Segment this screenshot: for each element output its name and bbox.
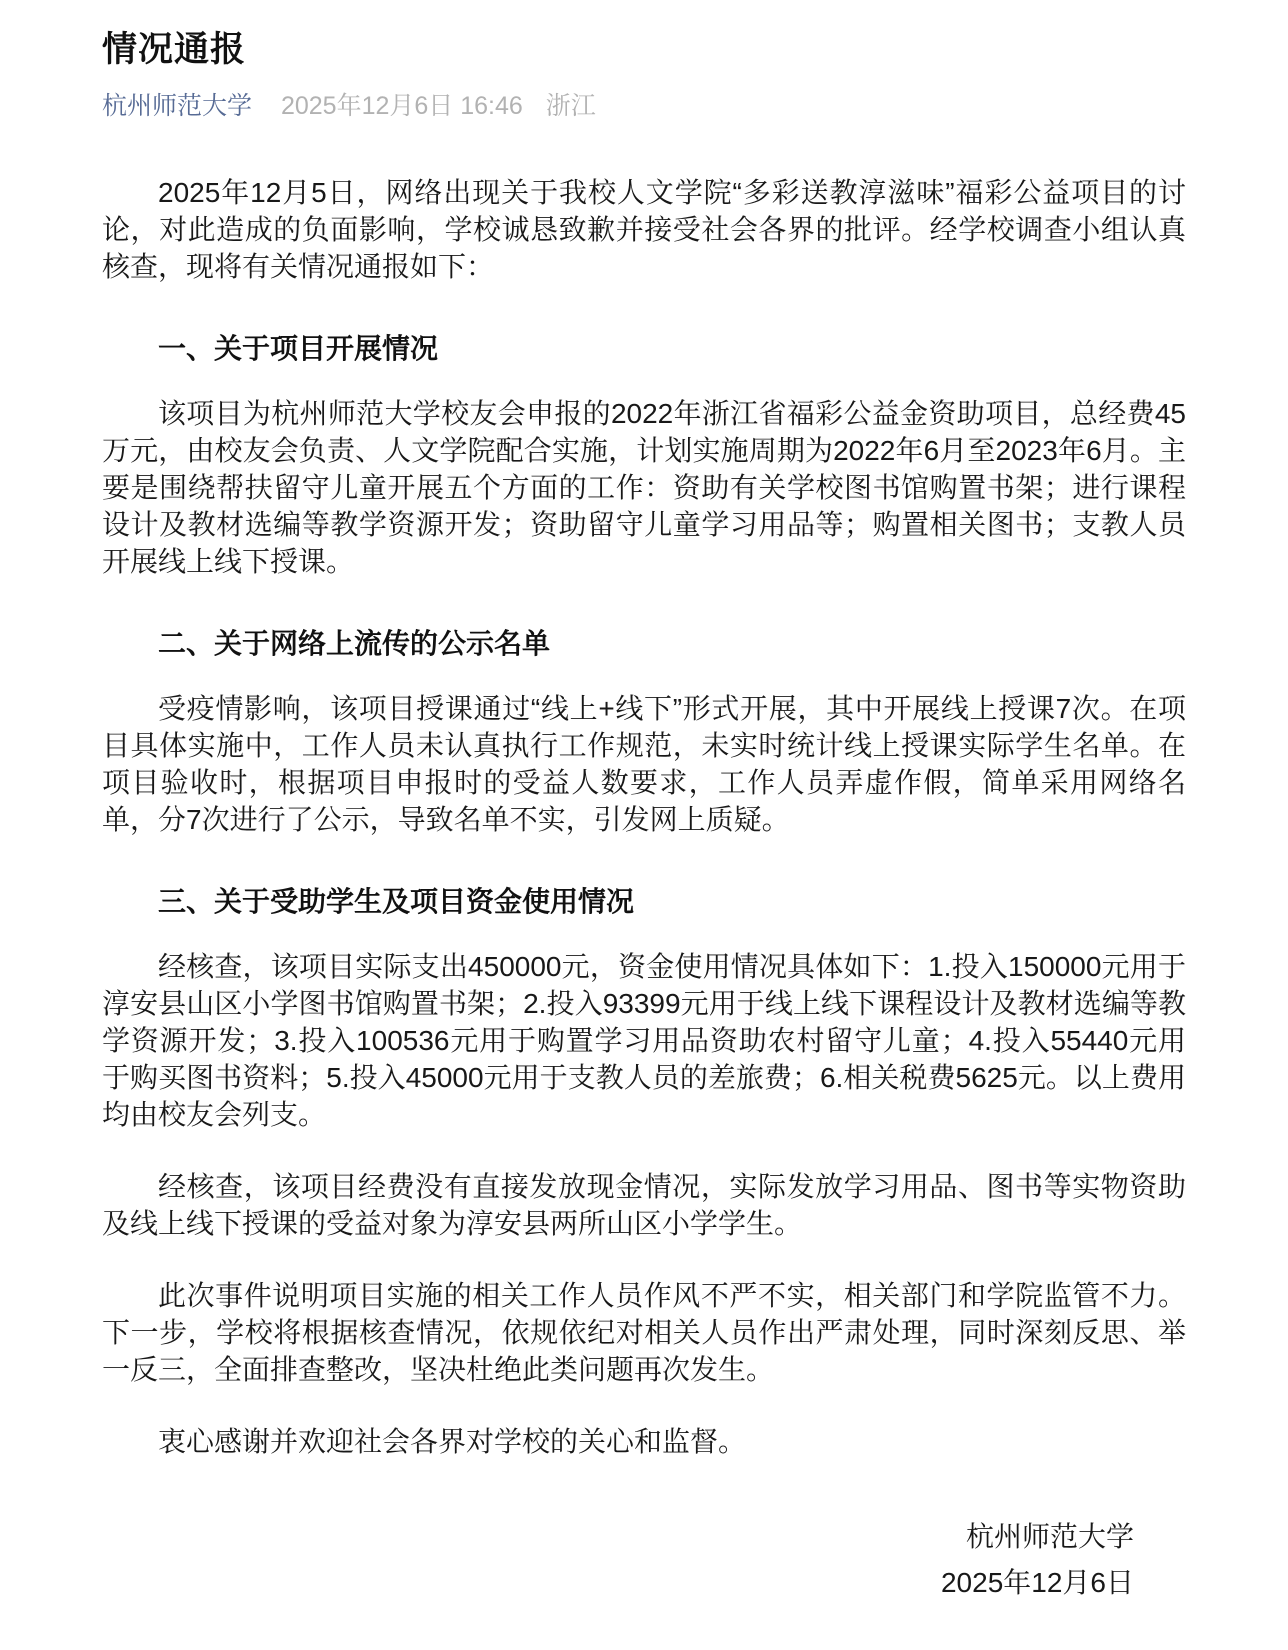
publish-location: 浙江 [546, 92, 596, 120]
publish-datetime: 2025年12月6日 16:46 [281, 92, 523, 120]
section-3-paragraph-funds: 经核查，该项目实际支出450000元，资金使用情况具体如下：1.投入150000… [102, 948, 1186, 1133]
signature-date: 2025年12月6日 [102, 1564, 1134, 1601]
closing-paragraph-accountability: 此次事件说明项目实施的相关工作人员作风不严不实，相关部门和学院监管不力。下一步，… [102, 1277, 1186, 1388]
section-1-heading: 一、关于项目开展情况 [102, 330, 1186, 367]
section-3-paragraph-beneficiaries: 经核查，该项目经费没有直接发放现金情况，实际发放学习用品、图书等实物资助及线上线… [102, 1168, 1186, 1242]
account-name-link[interactable]: 杭州师范大学 [102, 92, 252, 120]
section-1-paragraph: 该项目为杭州师范大学校友会申报的2022年浙江省福彩公益金资助项目，总经费45万… [102, 395, 1186, 580]
intro-paragraph: 2025年12月5日，网络出现关于我校人文学院“多彩送教淳滋味”福彩公益项目的讨… [102, 174, 1186, 285]
article-page: 情况通报 杭州师范大学 2025年12月6日 16:46 浙江 2025年12月… [0, 0, 1288, 1650]
section-2-heading: 二、关于网络上流传的公示名单 [102, 625, 1186, 662]
section-2-paragraph: 受疫情影响，该项目授课通过“线上+线下”形式开展，其中开展线上授课7次。在项目具… [102, 690, 1186, 838]
article-title: 情况通报 [102, 26, 1186, 73]
signature-name: 杭州师范大学 [102, 1518, 1134, 1555]
signature-block: 杭州师范大学 2025年12月6日 [102, 1518, 1186, 1601]
closing-paragraph-thanks: 衷心感谢并欢迎社会各界对学校的关心和监督。 [102, 1423, 1186, 1460]
section-3-heading: 三、关于受助学生及项目资金使用情况 [102, 883, 1186, 920]
article-meta: 杭州师范大学 2025年12月6日 16:46 浙江 [102, 89, 1186, 124]
article-body: 2025年12月5日，网络出现关于我校人文学院“多彩送教淳滋味”福彩公益项目的讨… [102, 174, 1186, 1601]
